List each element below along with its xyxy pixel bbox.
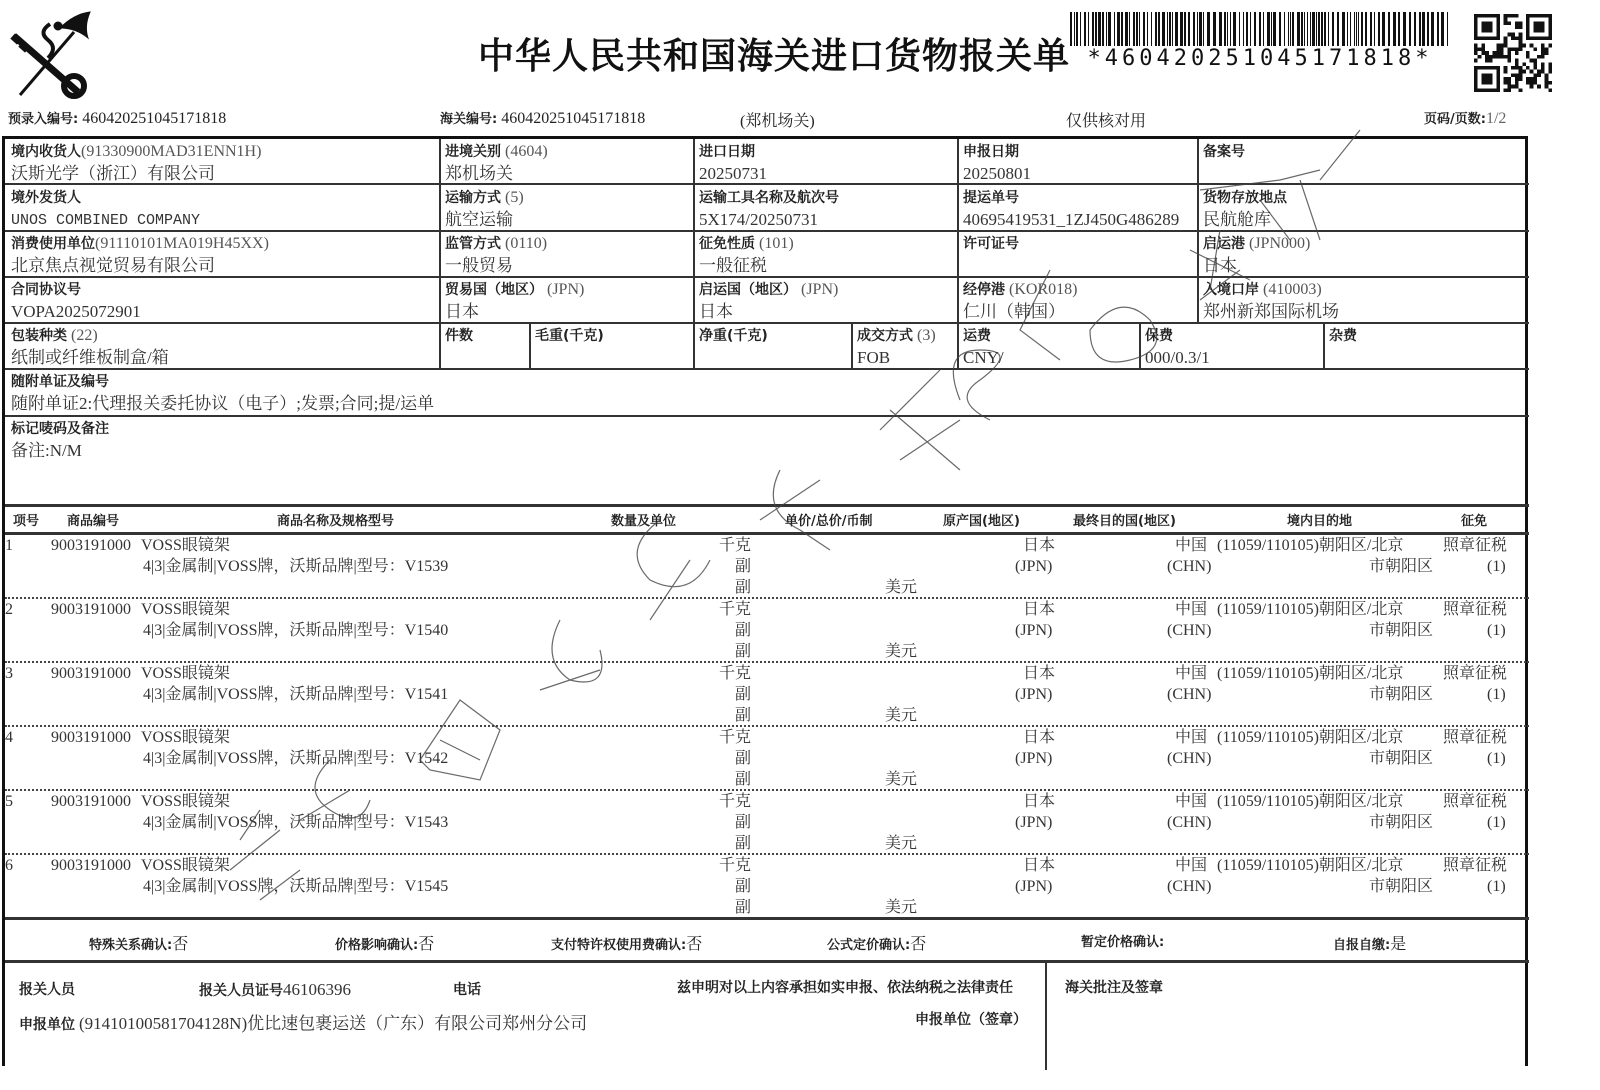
supervision-code: (0110) xyxy=(505,235,547,252)
confirm-value: 否 xyxy=(418,936,434,953)
domestic-destination: (11059/110105)朝阳区/北京 xyxy=(1217,599,1403,620)
insurance-label: 保费 xyxy=(1145,328,1173,344)
bill-no-value: 40695419531_1ZJ450G486289 xyxy=(963,210,1179,229)
provisional-price-confirm: 暂定价格确认: xyxy=(1081,931,1164,951)
quantity-unit-2: 副 xyxy=(735,684,751,705)
stop-port-field: 经停港 (KOR018) 仁川（韩国） xyxy=(963,279,1077,324)
levy-type: 照章征税 xyxy=(1443,855,1507,876)
item-no: 1 xyxy=(5,535,13,556)
transport-name-value: 5X174/20250731 xyxy=(699,210,818,229)
tax-nature-label: 征免性质 xyxy=(699,236,755,252)
confirm-value: 是 xyxy=(1390,936,1406,953)
deal-mode-field: 成交方式 (3) FOB xyxy=(857,325,936,370)
origin-country: 日本 xyxy=(1023,855,1055,876)
price-influence-confirm: 价格影响确认:否 xyxy=(335,931,434,954)
origin-country: 日本 xyxy=(1023,663,1055,684)
hs-code: 9003191000 xyxy=(51,727,131,748)
transport-mode-field: 运输方式 (5) 航空运输 xyxy=(445,187,524,232)
item-no: 2 xyxy=(5,599,13,620)
currency: 美元 xyxy=(885,833,917,854)
depart-port-value: 日本 xyxy=(1203,256,1237,275)
origin-code: (JPN) xyxy=(1015,556,1052,577)
domestic-destination-2: 市朝阳区 xyxy=(1369,556,1433,577)
origin-code: (JPN) xyxy=(1015,876,1052,897)
depart-port-field: 启运港 (JPN000) 日本 xyxy=(1203,233,1310,278)
domestic-destination: (11059/110105)朝阳区/北京 xyxy=(1217,791,1403,812)
transport-mode-label: 运输方式 xyxy=(445,190,501,206)
barcode-icon xyxy=(1070,12,1448,46)
consignee-label: 境内收货人 xyxy=(11,144,81,160)
goods-name: VOSS眼镜架 xyxy=(141,599,230,620)
freight-field: 运费 CNY/ xyxy=(963,325,1004,370)
origin-code: (JPN) xyxy=(1015,620,1052,641)
tax-nature-field: 征免性质 (101) 一般征税 xyxy=(699,233,794,278)
consignor-value: UNOS COMBINED COMPANY xyxy=(11,212,200,229)
package-field: 包装种类 (22) 纸制或纤维板制盒/箱 xyxy=(11,325,169,370)
depart-port-code: (JPN000) xyxy=(1249,235,1310,252)
declarant-label: 报关人员 xyxy=(19,979,75,1001)
quantity-unit-3: 副 xyxy=(735,705,751,726)
attached-docs-label: 随附单证及编号 xyxy=(11,374,109,390)
consumer-value: 北京焦点视觉贸易有限公司 xyxy=(11,256,215,275)
goods-spec: 4|3|金属制|VOSS牌，沃斯品牌|型号：V1542 xyxy=(143,748,448,769)
domestic-destination: (11059/110105)朝阳区/北京 xyxy=(1217,535,1403,556)
storage-label: 货物存放地点 xyxy=(1203,190,1287,206)
quantity-unit-3: 副 xyxy=(735,897,751,918)
goods-name: VOSS眼镜架 xyxy=(141,855,230,876)
goods-name: VOSS眼镜架 xyxy=(141,663,230,684)
consumer-field: 消费使用单位(91110101MA019H45XX) 北京焦点视觉贸易有限公司 xyxy=(11,233,269,278)
domestic-destination: (11059/110105)朝阳区/北京 xyxy=(1217,855,1403,876)
gross-weight-field: 毛重(千克) xyxy=(535,325,604,347)
origin-country: 日本 xyxy=(1023,791,1055,812)
confirm-label: 价格影响确认: xyxy=(335,938,418,953)
license-field: 许可证号 xyxy=(963,233,1019,255)
goods-spec: 4|3|金属制|VOSS牌，沃斯品牌|型号：V1539 xyxy=(143,556,448,577)
quantity-unit-1: 千克 xyxy=(719,791,751,812)
depart-port-label: 启运港 xyxy=(1203,236,1245,252)
license-label: 许可证号 xyxy=(963,236,1019,252)
declare-unit-value: (91410100581704128N)优比速包裹运送（广东）有限公司郑州分公司 xyxy=(79,1014,587,1033)
origin-country: 日本 xyxy=(1023,599,1055,620)
deal-mode-code: (3) xyxy=(917,327,936,344)
confirm-label: 特殊关系确认: xyxy=(89,938,172,953)
gross-weight-label: 毛重(千克) xyxy=(535,328,604,344)
verification-notice: 仅供核对用 xyxy=(1066,108,1146,131)
goods-name: VOSS眼镜架 xyxy=(141,791,230,812)
origin-country: 日本 xyxy=(1023,535,1055,556)
entry-port-label: 入境口岸 xyxy=(1203,282,1259,298)
trade-country-value: 日本 xyxy=(445,302,479,321)
quantity-unit-2: 副 xyxy=(735,748,751,769)
destination-country: 中国 xyxy=(1175,599,1207,620)
supervision-value: 一般贸易 xyxy=(445,256,513,275)
consignee-code: (91330900MAD31ENN1H) xyxy=(81,143,261,160)
package-value: 纸制或纤维板制盒/箱 xyxy=(11,348,169,367)
consignor-label: 境外发货人 xyxy=(11,190,81,206)
quantity-unit-2: 副 xyxy=(735,556,751,577)
destination-country: 中国 xyxy=(1175,663,1207,684)
entry-port-field: 入境口岸 (410003) 郑州新郑国际机场 xyxy=(1203,279,1339,324)
special-relation-confirm: 特殊关系确认:否 xyxy=(89,931,188,954)
contract-label: 合同协议号 xyxy=(11,282,81,298)
table-row: 59003191000VOSS眼镜架4|3|金属制|VOSS牌，沃斯品牌|型号：… xyxy=(5,791,1529,855)
declare-unit-label: 申报单位 xyxy=(19,1017,75,1033)
confirm-value: 否 xyxy=(172,936,188,953)
contract-field: 合同协议号 VOPA2025072901 xyxy=(11,279,141,324)
formula-price-confirm: 公式定价确认:否 xyxy=(827,931,926,954)
origin-country: 日本 xyxy=(1023,727,1055,748)
confirm-value: 否 xyxy=(910,936,926,953)
phone-label: 电话 xyxy=(453,979,481,1001)
item-no: 3 xyxy=(5,663,13,684)
page-label: 页码/页数: xyxy=(1424,112,1486,127)
goods-name: VOSS眼镜架 xyxy=(141,535,230,556)
destination-code: (CHN) xyxy=(1167,748,1211,769)
table-row: 29003191000VOSS眼镜架4|3|金属制|VOSS牌，沃斯品牌|型号：… xyxy=(5,599,1529,663)
declare-date-label: 申报日期 xyxy=(963,144,1019,160)
deal-mode-value: FOB xyxy=(857,348,890,367)
import-date-value: 20250731 xyxy=(699,164,767,183)
levy-code: (1) xyxy=(1487,620,1506,641)
col-quantity: 数量及单位 xyxy=(611,510,676,529)
item-no: 5 xyxy=(5,791,13,812)
customs-approval-label: 海关批注及签章 xyxy=(1065,977,1163,999)
col-origin: 原产国(地区) xyxy=(943,510,1020,529)
freight-value: CNY/ xyxy=(963,348,1004,367)
consignee-value: 沃斯光学（浙江）有限公司 xyxy=(11,164,215,183)
currency: 美元 xyxy=(885,769,917,790)
package-label: 包装种类 xyxy=(11,328,67,344)
tax-nature-code: (101) xyxy=(759,235,794,252)
confirm-label: 暂定价格确认: xyxy=(1081,935,1164,950)
hs-code: 9003191000 xyxy=(51,855,131,876)
quantity-unit-3: 副 xyxy=(735,769,751,790)
goods-spec: 4|3|金属制|VOSS牌，沃斯品牌|型号：V1545 xyxy=(143,876,448,897)
royalty-confirm: 支付特许权使用费确认:否 xyxy=(551,931,702,954)
declare-date-field: 申报日期 20250801 xyxy=(963,141,1031,186)
customs-number-value: 460420251045171818 xyxy=(501,110,645,127)
col-destination: 最终目的国(地区) xyxy=(1073,510,1176,529)
quantity-unit-1: 千克 xyxy=(719,599,751,620)
destination-code: (CHN) xyxy=(1167,812,1211,833)
transport-name-field: 运输工具名称及航次号 5X174/20250731 xyxy=(699,187,839,232)
bill-no-label: 提运单号 xyxy=(963,190,1019,206)
currency: 美元 xyxy=(885,705,917,726)
supervision-field: 监管方式 (0110) 一般贸易 xyxy=(445,233,547,278)
confirm-label: 公式定价确认: xyxy=(827,938,910,953)
hs-code: 9003191000 xyxy=(51,535,131,556)
quantity-unit-3: 副 xyxy=(735,577,751,598)
page-value: 1/2 xyxy=(1486,110,1506,127)
declarant-id-label: 报关人员证号 xyxy=(199,983,283,999)
goods-spec: 4|3|金属制|VOSS牌，沃斯品牌|型号：V1543 xyxy=(143,812,448,833)
destination-code: (CHN) xyxy=(1167,684,1211,705)
levy-code: (1) xyxy=(1487,812,1506,833)
currency: 美元 xyxy=(885,897,917,918)
depart-country-value: 日本 xyxy=(699,302,733,321)
col-item-no: 项号 xyxy=(13,510,39,529)
quantity-unit-2: 副 xyxy=(735,876,751,897)
pre-entry-value: 460420251045171818 xyxy=(82,110,226,127)
quantity-unit-1: 千克 xyxy=(719,663,751,684)
domestic-destination-2: 市朝阳区 xyxy=(1369,684,1433,705)
table-row: 19003191000VOSS眼镜架4|3|金属制|VOSS牌，沃斯品牌|型号：… xyxy=(5,535,1529,599)
destination-code: (CHN) xyxy=(1167,556,1211,577)
transport-mode-code: (5) xyxy=(505,189,524,206)
consumer-code: (91110101MA019H45XX) xyxy=(95,235,269,252)
currency: 美元 xyxy=(885,641,917,662)
storage-value: 民航舱库 xyxy=(1203,210,1271,229)
entry-port-code: (410003) xyxy=(1263,281,1322,298)
levy-type: 照章征税 xyxy=(1443,791,1507,812)
record-no-label: 备案号 xyxy=(1203,144,1245,160)
destination-country: 中国 xyxy=(1175,855,1207,876)
pieces-label: 件数 xyxy=(445,328,473,344)
pre-entry-label: 预录入编号: xyxy=(8,112,78,127)
depart-country-code: (JPN) xyxy=(801,281,838,298)
origin-code: (JPN) xyxy=(1015,748,1052,769)
col-levy: 征免 xyxy=(1461,510,1487,529)
destination-code: (CHN) xyxy=(1167,620,1211,641)
hs-code: 9003191000 xyxy=(51,663,131,684)
misc-fee-label: 杂费 xyxy=(1329,328,1357,344)
declarant-id: 报关人员证号46106396 xyxy=(199,979,351,1002)
confirm-value: 否 xyxy=(686,936,702,953)
domestic-destination: (11059/110105)朝阳区/北京 xyxy=(1217,727,1403,748)
attached-docs-value: 随附单证2:代理报关委托协议（电子）;发票;合同;提/运单 xyxy=(11,394,434,413)
hs-code: 9003191000 xyxy=(51,599,131,620)
levy-code: (1) xyxy=(1487,684,1506,705)
net-weight-label: 净重(千克) xyxy=(699,328,768,344)
origin-code: (JPN) xyxy=(1015,684,1052,705)
levy-type: 照章征税 xyxy=(1443,535,1507,556)
legal-statement: 兹申明对以上内容承担如实申报、依法纳税之法律责任 xyxy=(677,977,1013,999)
destination-country: 中国 xyxy=(1175,535,1207,556)
import-date-label: 进口日期 xyxy=(699,144,755,160)
quantity-unit-1: 千克 xyxy=(719,855,751,876)
contract-value: VOPA2025072901 xyxy=(11,302,141,321)
quantity-unit-1: 千克 xyxy=(719,535,751,556)
insurance-value: 000/0.3/1 xyxy=(1145,348,1210,367)
consignor-field: 境外发货人 UNOS COMBINED COMPANY xyxy=(11,187,200,232)
customs-number-label: 海关编号: xyxy=(440,112,497,127)
item-no: 4 xyxy=(5,727,13,748)
page-indicator: 页码/页数:1/2 xyxy=(1424,108,1506,128)
record-no-field: 备案号 xyxy=(1203,141,1245,163)
marks-value: 备注:N/M xyxy=(11,441,82,460)
consignee-field: 境内收货人(91330900MAD31ENN1H) 沃斯光学（浙江）有限公司 xyxy=(11,141,261,186)
pieces-field: 件数 xyxy=(445,325,473,347)
domestic-destination-2: 市朝阳区 xyxy=(1369,748,1433,769)
goods-spec: 4|3|金属制|VOSS牌，沃斯品牌|型号：V1540 xyxy=(143,620,448,641)
confirm-label: 自报自缴: xyxy=(1333,938,1390,953)
item-no: 6 xyxy=(5,855,13,876)
col-price: 单价/总价/币制 xyxy=(785,510,873,529)
levy-type: 照章征税 xyxy=(1443,663,1507,684)
import-date-field: 进口日期 20250731 xyxy=(699,141,767,186)
levy-code: (1) xyxy=(1487,876,1506,897)
entry-customs-code: (4604) xyxy=(505,143,548,160)
currency: 美元 xyxy=(885,577,917,598)
domestic-destination-2: 市朝阳区 xyxy=(1369,812,1433,833)
self-declare-confirm: 自报自缴:是 xyxy=(1333,931,1406,954)
entry-customs-label: 进境关别 xyxy=(445,144,501,160)
transport-name-label: 运输工具名称及航次号 xyxy=(699,190,839,206)
customs-number: 海关编号: 460420251045171818 xyxy=(440,108,645,128)
entry-customs-field: 进境关别 (4604) 郑机场关 xyxy=(445,141,548,186)
package-code: (22) xyxy=(71,327,98,344)
col-hs-code: 商品编号 xyxy=(67,510,119,529)
customs-emblem-icon xyxy=(8,10,94,100)
quantity-unit-3: 副 xyxy=(735,641,751,662)
supervision-label: 监管方式 xyxy=(445,236,501,252)
declare-date-value: 20250801 xyxy=(963,164,1031,183)
barcode-text: *460420251045171818* xyxy=(1070,46,1450,71)
hs-code: 9003191000 xyxy=(51,791,131,812)
attached-docs-field: 随附单证及编号 随附单证2:代理报关委托协议（电子）;发票;合同;提/运单 xyxy=(11,371,434,416)
table-row: 39003191000VOSS眼镜架4|3|金属制|VOSS牌，沃斯品牌|型号：… xyxy=(5,663,1529,727)
table-row: 49003191000VOSS眼镜架4|3|金属制|VOSS牌，沃斯品牌|型号：… xyxy=(5,727,1529,791)
transport-mode-value: 航空运输 xyxy=(445,210,513,229)
col-domestic-dest: 境内目的地 xyxy=(1287,510,1352,529)
entry-port-value: 郑州新郑国际机场 xyxy=(1203,302,1339,321)
quantity-unit-3: 副 xyxy=(735,833,751,854)
entry-customs-value: 郑机场关 xyxy=(445,164,513,183)
domestic-destination: (11059/110105)朝阳区/北京 xyxy=(1217,663,1403,684)
qr-code-icon xyxy=(1474,14,1552,92)
net-weight-field: 净重(千克) xyxy=(699,325,768,347)
declaration-form: 境内收货人(91330900MAD31ENN1H) 沃斯光学（浙江）有限公司 进… xyxy=(2,136,1528,1066)
col-goods-name: 商品名称及规格型号 xyxy=(277,510,394,529)
freight-label: 运费 xyxy=(963,328,991,344)
destination-country: 中国 xyxy=(1175,727,1207,748)
table-row: 69003191000VOSS眼镜架4|3|金属制|VOSS牌，沃斯品牌|型号：… xyxy=(5,855,1529,919)
bill-no-field: 提运单号 40695419531_1ZJ450G486289 xyxy=(963,187,1179,232)
domestic-destination-2: 市朝阳区 xyxy=(1369,620,1433,641)
insurance-field: 保费 000/0.3/1 xyxy=(1145,325,1210,370)
stop-port-label: 经停港 xyxy=(963,282,1005,298)
levy-type: 照章征税 xyxy=(1443,599,1507,620)
tax-nature-value: 一般征税 xyxy=(699,256,767,275)
declare-unit: 申报单位 (91410100581704128N)优比速包裹运送（广东）有限公司… xyxy=(19,1013,587,1036)
goods-name: VOSS眼镜架 xyxy=(141,727,230,748)
quantity-unit-1: 千克 xyxy=(719,727,751,748)
consumer-label: 消费使用单位 xyxy=(11,236,95,252)
levy-type: 照章征税 xyxy=(1443,727,1507,748)
trade-country-label: 贸易国（地区） xyxy=(445,282,543,298)
seal-label: 申报单位（签章） xyxy=(915,1009,1027,1031)
trade-country-code: (JPN) xyxy=(547,281,584,298)
storage-field: 货物存放地点 民航舱库 xyxy=(1203,187,1287,232)
declarant-id-value: 46106396 xyxy=(283,980,351,999)
marks-label: 标记唛码及备注 xyxy=(11,421,109,437)
domestic-destination-2: 市朝阳区 xyxy=(1369,876,1433,897)
deal-mode-label: 成交方式 xyxy=(857,328,913,344)
marks-field: 标记唛码及备注 备注:N/M xyxy=(11,418,109,463)
goods-spec: 4|3|金属制|VOSS牌，沃斯品牌|型号：V1541 xyxy=(143,684,448,705)
depart-country-field: 启运国（地区） (JPN) 日本 xyxy=(699,279,838,324)
quantity-unit-2: 副 xyxy=(735,620,751,641)
pre-entry-number: 预录入编号: 460420251045171818 xyxy=(8,108,226,128)
levy-code: (1) xyxy=(1487,556,1506,577)
stop-port-code: (KOR018) xyxy=(1009,281,1077,298)
trade-country-field: 贸易国（地区） (JPN) 日本 xyxy=(445,279,584,324)
destination-code: (CHN) xyxy=(1167,876,1211,897)
stop-port-value: 仁川（韩国） xyxy=(963,302,1065,321)
misc-fee-field: 杂费 xyxy=(1329,325,1357,347)
document-title: 中华人民共和国海关进口货物报关单 xyxy=(478,28,1070,79)
levy-code: (1) xyxy=(1487,748,1506,769)
depart-country-label: 启运国（地区） xyxy=(699,282,797,298)
quantity-unit-2: 副 xyxy=(735,812,751,833)
customs-office: (郑机场关) xyxy=(740,108,815,131)
origin-code: (JPN) xyxy=(1015,812,1052,833)
confirm-label: 支付特许权使用费确认: xyxy=(551,938,686,953)
destination-country: 中国 xyxy=(1175,791,1207,812)
